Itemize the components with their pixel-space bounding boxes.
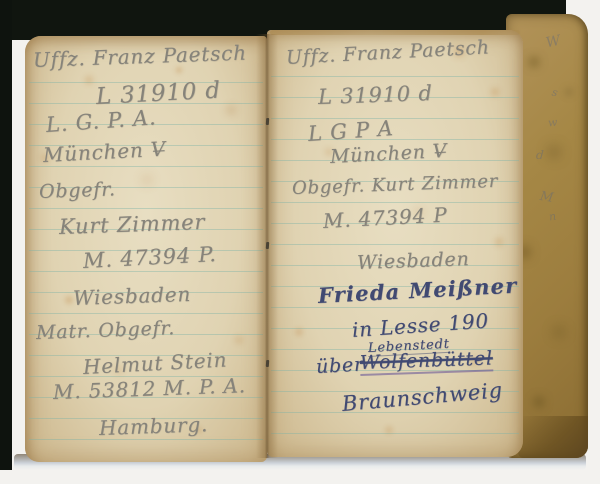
cover-pencil-scribble: w	[547, 116, 558, 130]
handwriting-line-fieldpost-no: L 31910 d	[318, 81, 434, 109]
binding-staple	[266, 360, 269, 367]
handwriting-line-city: Hamburg.	[99, 412, 209, 440]
handwriting-line-city: Wiesbaden	[357, 248, 470, 274]
binding-staple	[266, 242, 269, 249]
handwriting-ink-crossed-out-place: Wolfenbüttel	[360, 347, 494, 376]
scanned-notebook-photo: W s w d M n Uffz. Franz Paetsch L 31910 …	[0, 0, 600, 484]
handwriting-line-city: Wiesbaden	[73, 282, 192, 310]
cover-pencil-scribble: d	[536, 148, 545, 163]
handwriting-line-rank: Obgefr.	[39, 178, 117, 203]
binding-staple	[266, 118, 269, 125]
cover-dark-corner	[518, 416, 588, 458]
foxing-spots-left	[25, 36, 29, 40]
cover-pencil-scribble: M	[539, 189, 554, 206]
cover-pencil-scribble: W	[544, 33, 561, 52]
scanner-backdrop-left	[0, 0, 12, 470]
handwriting-line-name: Kurt Zimmer	[59, 210, 206, 239]
handwriting-ink-via-word: über	[315, 354, 364, 378]
right-page-torn-top-edge	[270, 30, 520, 35]
